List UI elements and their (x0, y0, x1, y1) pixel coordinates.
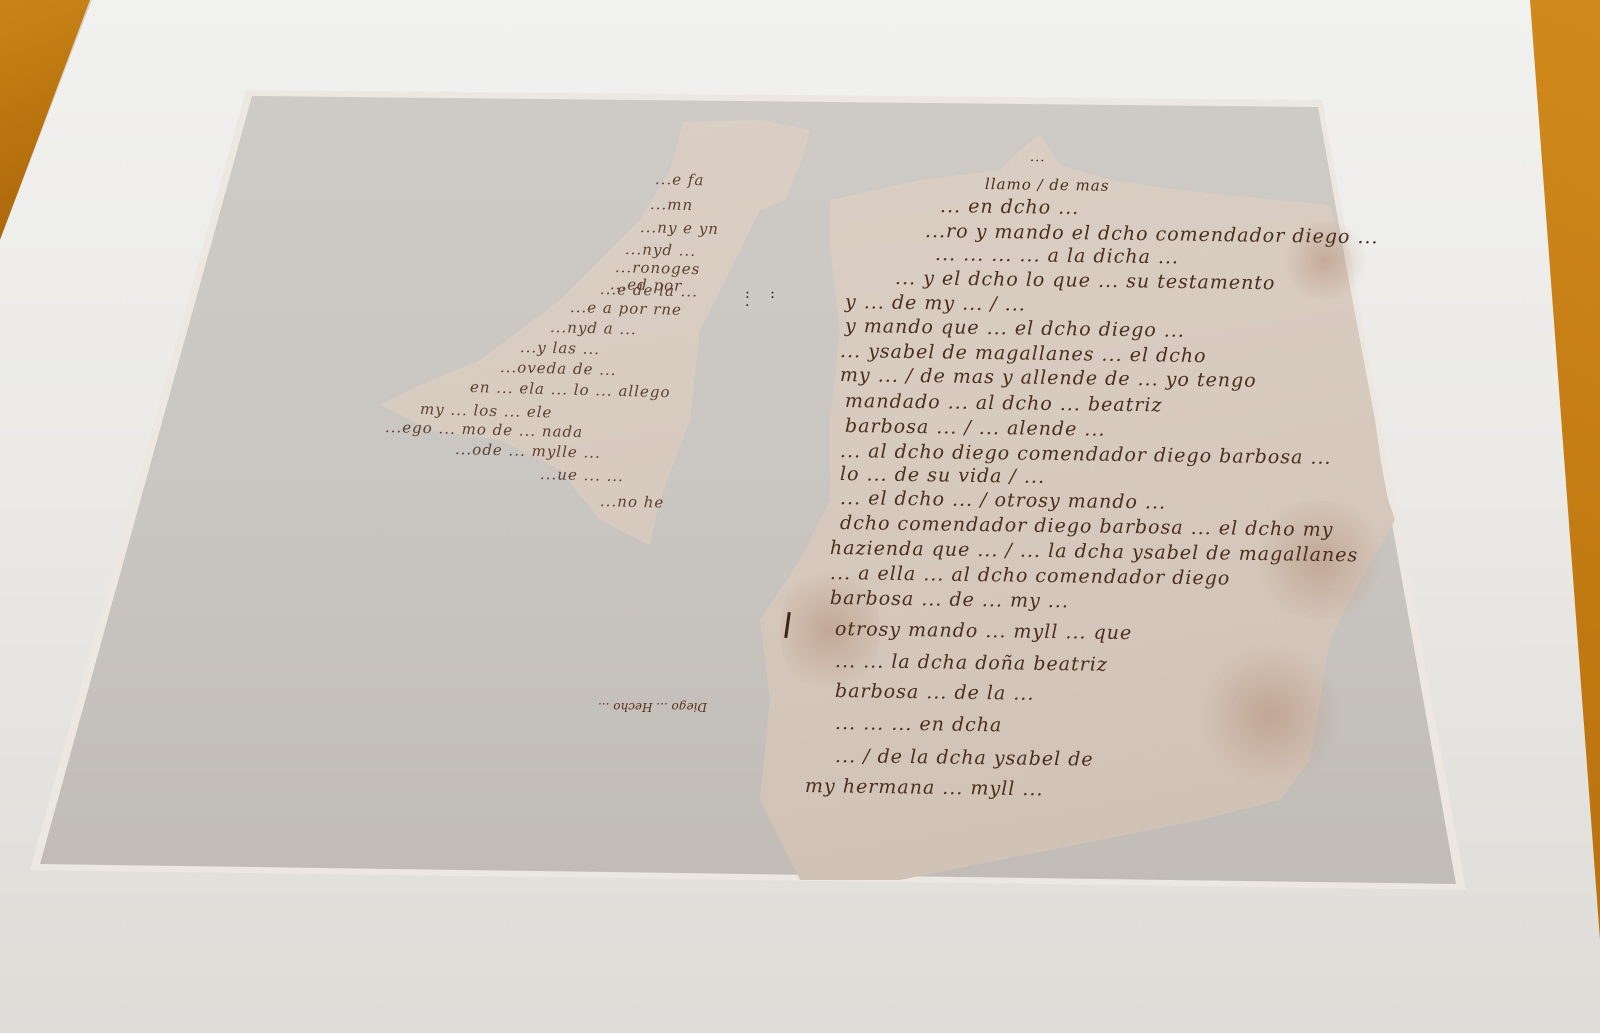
script-line: ...ue ... ... (540, 465, 624, 485)
script-line: ...nyd a ... (550, 318, 637, 338)
script-line: ... en dcho ... (940, 195, 1080, 219)
script-line: barbosa ... / ... alende ... (845, 415, 1106, 441)
script-line: ...e a por rne (570, 298, 682, 319)
script-line: ... / de la dcha ysabel de (835, 745, 1094, 771)
script-line: en ... ela ... lo ... allego (470, 378, 671, 401)
ink-dots: : :. (745, 290, 783, 306)
script-line: ... y el dcho lo que ... su testamento (895, 267, 1276, 294)
script-line: ...ny e yn (640, 218, 719, 238)
script-line: dcho comendador diego barbosa ... el dch… (840, 512, 1334, 541)
script-line: ...mn (650, 195, 694, 214)
script-line: ...e fa (655, 170, 705, 189)
script-line: ... ysabel de magallanes ... el dcho (840, 340, 1207, 367)
script-line: barbosa ... de la ... (835, 680, 1035, 705)
script-line: ... el dcho ... / otrosy mando ... (840, 487, 1166, 514)
script-line: ...ego ... mo de ... nada (385, 418, 584, 441)
script-line: hazienda que ... / ... la dcha ysabel de… (830, 537, 1359, 566)
script-line: ... ... ... en dcha (835, 712, 1003, 736)
script-line: my ... los ... ele (420, 400, 553, 421)
script-line: ... (1030, 150, 1046, 165)
script-line: ...nyd ... (625, 240, 697, 260)
script-line: mandado ... al dcho ... beatriz (845, 390, 1163, 416)
script-line: my ... / de mas y allende de ... yo teng… (840, 364, 1257, 392)
script-line: ...y las ... (520, 338, 601, 358)
script-line: ...oveda de ... (500, 358, 617, 379)
script-line: ...no he (600, 492, 665, 512)
script-line: ...ode ... mylle ... (455, 440, 601, 462)
photo-scene: ...e fa ...mn ...ny e yn ...nyd ... ...r… (0, 0, 1600, 1033)
script-line: barbosa ... de ... my ... (830, 587, 1069, 612)
script-line: my hermana ... myll ... (805, 775, 1044, 800)
script-line: ... a ella ... al dcho comendador diego (830, 562, 1231, 590)
script-line: ...e de la ... (600, 280, 698, 301)
script-line: y mando que ... el dcho diego ... (845, 315, 1185, 342)
inverted-notation: Diego ... Hecho ... (598, 700, 707, 714)
script-line: llamo / de mas (985, 175, 1110, 195)
script-line: lo ... de su vida / ... (840, 463, 1045, 488)
ink-mark (784, 612, 791, 638)
script-line: ... ... ... ... a la dicha ... (935, 243, 1179, 268)
manuscript-text: ...e fa ...mn ...ny e yn ...nyd ... ...r… (0, 0, 1600, 1033)
script-line: ... ... la dcha doña beatriz (835, 650, 1108, 676)
script-line: otrosy mando ... myll ... que (835, 618, 1133, 644)
script-line: y ... de my ... / ... (845, 291, 1026, 316)
